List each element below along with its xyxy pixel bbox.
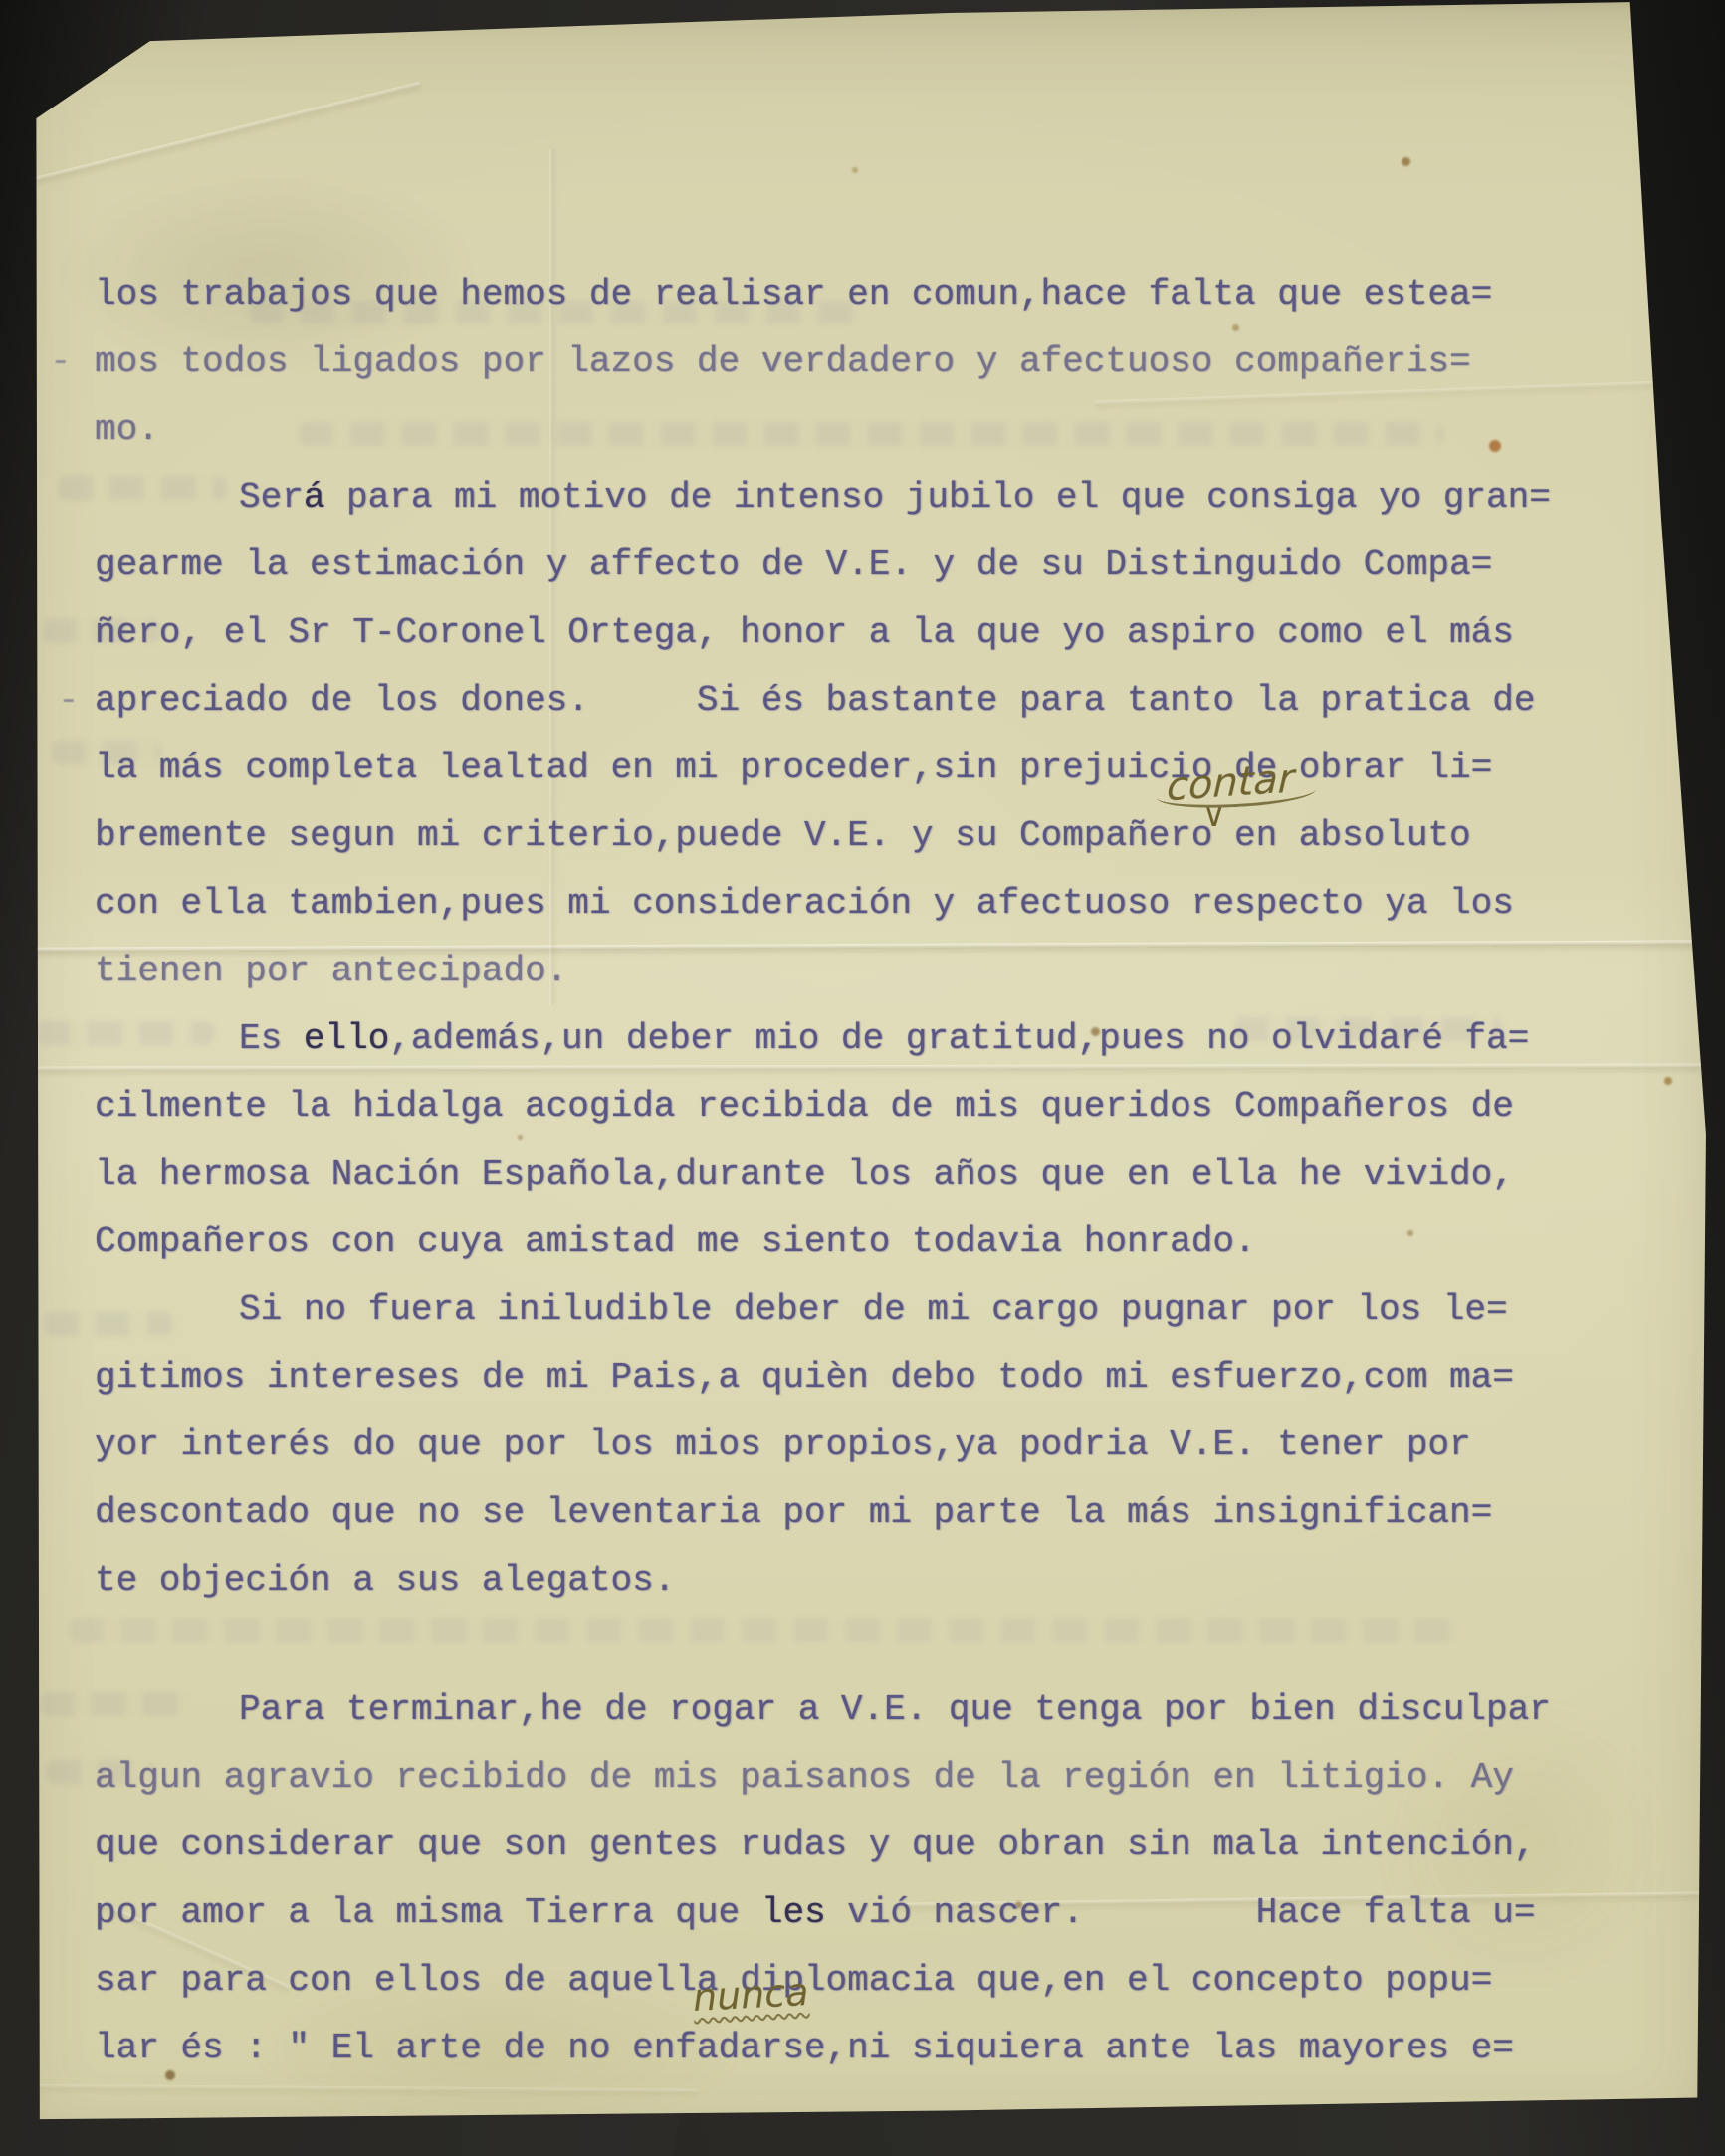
pen-tick-mark: ’	[1635, 226, 1665, 292]
typed-line: Será para mi motivo de intenso jubilo el…	[95, 464, 1647, 532]
typed-line: te objeción a sus alegatos.	[95, 1547, 1647, 1615]
typed-line: con ella tambien,pues mi consideración y…	[95, 870, 1647, 938]
typed-line: que considerar que son gentes rudas y qu…	[95, 1812, 1647, 1879]
typed-line: la más completa lealtad en mi proceder,s…	[95, 735, 1647, 802]
typed-line: Compañeros con cuya amistad me siento to…	[95, 1208, 1647, 1276]
typed-line: mo.	[95, 396, 1647, 464]
typed-line: por amor a la misma Tierra que les vió n…	[95, 1879, 1647, 1947]
margin-dash: -	[58, 667, 80, 735]
overstrike-word: ello	[304, 1005, 389, 1073]
overstrike-word: les	[761, 1879, 826, 1947]
typed-line: Para terminar,he de rogar a V.E. que ten…	[95, 1676, 1647, 1744]
scan-background: los trabajos que hemos de realisar en co…	[0, 0, 1725, 2156]
typed-line: la hermosa Nación Española,durante los a…	[95, 1141, 1647, 1208]
foxing-spot	[852, 167, 858, 173]
foxing-spot	[1402, 157, 1410, 166]
typed-line: Si no fuera iniludible deber de mi cargo…	[95, 1276, 1647, 1344]
fold-crease	[33, 82, 420, 183]
paragraph-gap	[95, 1615, 1647, 1676]
typed-line: gitimos intereses de mi Pais,a quièn deb…	[95, 1344, 1647, 1411]
typed-text: los trabajos que hemos de realisar en co…	[95, 261, 1647, 2082]
typed-line: gearme la estimación y affecto de V.E. y…	[95, 532, 1647, 599]
typed-line: descontado que no se leventaria por mi p…	[95, 1479, 1647, 1547]
typed-line: los trabajos que hemos de realisar en co…	[95, 261, 1647, 328]
typed-line: cilmente la hidalga acogida recibida de …	[95, 1073, 1647, 1141]
letter-page: los trabajos que hemos de realisar en co…	[0, 0, 1725, 2156]
typed-line: tienen por antecipado.	[95, 938, 1647, 1005]
typed-line: yor interés do que por los mios propios,…	[95, 1411, 1647, 1479]
typed-line: lar és : " El arte de no enfadarse,ni si…	[95, 2015, 1647, 2082]
typed-line: bremente segun mi criterio,puede V.E. y …	[95, 802, 1647, 870]
typed-line: algun agravio recibido de mis paisanos d…	[95, 1744, 1647, 1812]
typed-line: sar para con ellos de aquella diplomacia…	[95, 1947, 1647, 2015]
foxing-spot	[1664, 1077, 1672, 1085]
handwritten-annotation-nunca: nunca	[692, 1970, 810, 2020]
caret-icon: ∨	[1202, 796, 1225, 834]
typed-line: apreciado de los dones. Si és bastante p…	[95, 667, 1647, 735]
overstrike-accent: á	[304, 464, 325, 532]
typed-line: ñero, el Sr T-Coronel Ortega, honor a la…	[95, 599, 1647, 667]
margin-dash: -	[50, 328, 72, 396]
typed-line: mos todos ligados por lazos de verdadero…	[95, 328, 1647, 396]
